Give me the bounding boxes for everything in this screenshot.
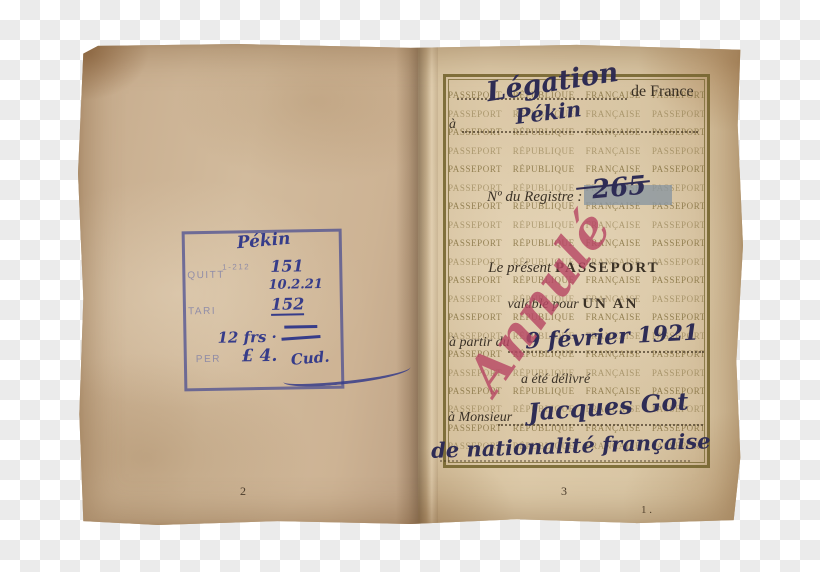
watermark-row: PASSEPORT RÉPUBLIQUE FRANÇAISE PASSEPORT <box>448 146 705 156</box>
transparent-checkerboard-background: QUITT 1-212 TARI PER Pékin 151 10.2.21 1… <box>0 0 820 572</box>
registre-number-handwritten: 265 <box>591 171 648 206</box>
office-printed-text: de France <box>631 83 694 101</box>
stamp-entry-amount: £ 4. <box>242 346 278 367</box>
stamp-city-handwritten: Pékin <box>236 229 291 254</box>
stamp-entry-number2: 152 <box>271 294 305 316</box>
at-label: à <box>449 117 456 133</box>
passport-open-spread: QUITT 1-212 TARI PER Pékin 151 10.2.21 1… <box>78 43 743 525</box>
watermark-row: PASSEPORT RÉPUBLIQUE FRANÇAISE PASSEPORT <box>448 164 705 174</box>
left-page-number: 2 <box>240 484 246 499</box>
right-page-number: 3 <box>561 484 567 499</box>
stamp-dash-lower <box>281 335 320 341</box>
stamp-field-tarif: TARI <box>188 306 216 317</box>
stamp-form-number: 1-212 <box>222 262 250 271</box>
stamp-signature: Cud. <box>290 348 330 369</box>
stamp-dash-upper <box>284 325 317 329</box>
dotted-line-city <box>462 131 698 133</box>
stamp-entry-number1: 151 <box>270 256 304 276</box>
stamp-entry-date: 10.2.21 <box>268 277 323 293</box>
registre-label: Nº du Registre : <box>487 189 582 206</box>
stamp-entry-fee: 12 frs · <box>217 328 277 347</box>
corner-sheet-number: 1 . <box>641 504 652 516</box>
stamp-field-percu: PER <box>196 354 221 365</box>
stamp-field-quittance: QUITT <box>187 270 225 282</box>
